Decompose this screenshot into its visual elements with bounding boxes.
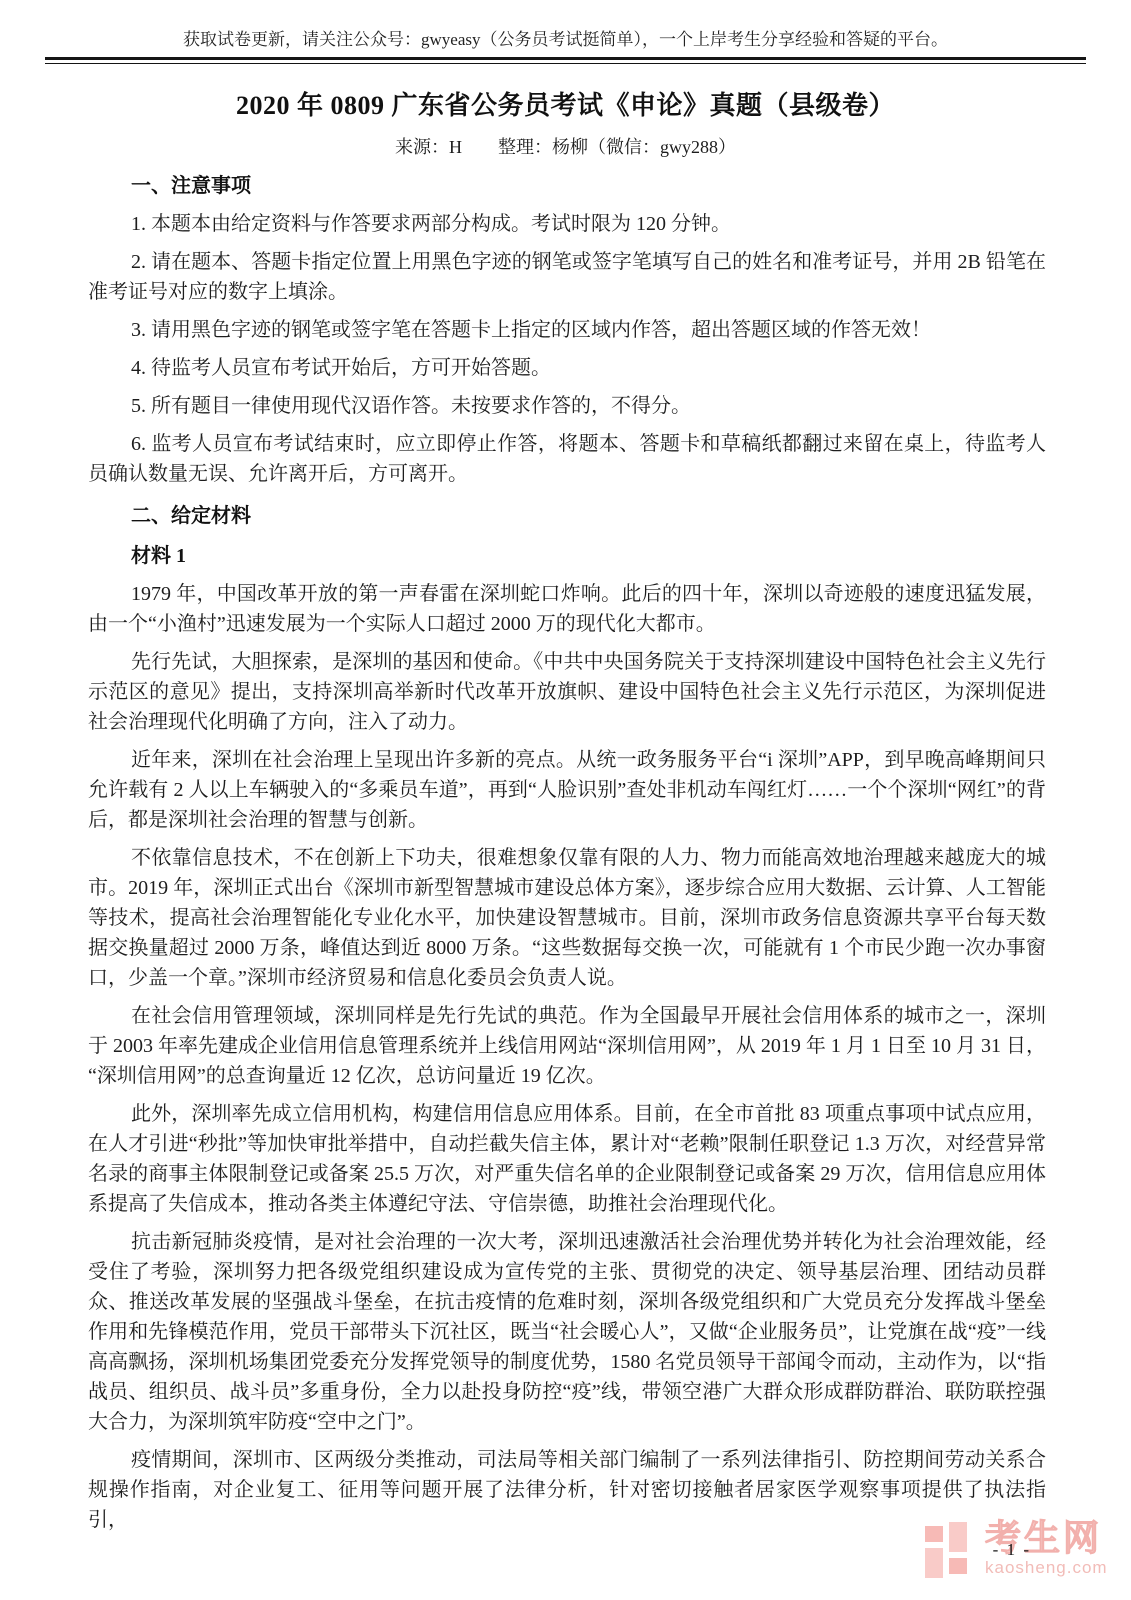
logo-block [949,1558,967,1574]
header-notice: 获取试卷更新，请关注公众号：gwyeasy（公务员考试挺简单），一个上岸考生分享… [0,0,1131,50]
document-page: 获取试卷更新，请关注公众号：gwyeasy（公务员考试挺简单），一个上岸考生分享… [0,0,1131,1535]
material-paragraph-2: 先行先试，大胆探索，是深圳的基因和使命。《中共中央国务院关于支持深圳建设中国特色… [88,647,1046,737]
section-heading-materials: 二、给定材料 [88,501,1046,531]
notice-item-6: 6. 监考人员宣布考试结束时，应立即停止作答，将题本、答题卡和草稿纸都翻过来留在… [88,429,1046,489]
kaosheng-logo-icon [925,1522,977,1582]
notice-item-4: 4. 待监考人员宣布考试开始后，方可开始答题。 [88,353,1046,383]
source-line: 来源：H 整理：杨柳（微信：gwy288） [0,135,1131,159]
header-divider [45,57,1086,64]
material-paragraph-7: 抗击新冠肺炎疫情，是对社会治理的一次大考，深圳迅速激活社会治理优势并转化为社会治… [88,1227,1046,1437]
material-paragraph-6: 此外，深圳率先成立信用机构，构建信用信息应用体系。目前，在全市首批 83 项重点… [88,1099,1046,1219]
material-paragraph-1: 1979 年，中国改革开放的第一声春雷在深圳蛇口炸响。此后的四十年，深圳以奇迹般… [88,579,1046,639]
page-title: 2020 年 0809 广东省公务员考试《申论》真题（县级卷） [0,89,1131,123]
notice-item-5: 5. 所有题目一律使用现代汉语作答。未按要求作答的，不得分。 [88,391,1046,421]
section-heading-notice: 一、注意事项 [88,171,1046,201]
material-paragraph-5: 在社会信用管理领域，深圳同样是先行先试的典范。作为全国最早开展社会信用体系的城市… [88,1001,1046,1091]
notice-item-2: 2. 请在题本、答题卡指定位置上用黑色字迹的钢笔或签字笔填写自己的姓名和准考证号… [88,247,1046,307]
logo-block [949,1522,967,1552]
material-paragraph-3: 近年来，深圳在社会治理上呈现出许多新的亮点。从统一政务服务平台“i 深圳”APP… [88,745,1046,835]
notice-item-3: 3. 请用黑色字迹的钢笔或签字笔在答题卡上指定的区域内作答，超出答题区域的作答无… [88,315,1046,345]
logo-block [925,1526,943,1542]
notice-item-1: 1. 本题本由给定资料与作答要求两部分构成。考试时限为 120 分钟。 [88,209,1046,239]
watermark-domain-label: kaosheng.com [985,1558,1108,1578]
logo-block [925,1548,943,1578]
page-number: - 1 - [993,1540,1031,1560]
material-subheading: 材料 1 [88,541,1046,571]
material-paragraph-4: 不依靠信息技术，不在创新上下功夫，很难想象仅靠有限的人力、物力而能高效地治理越来… [88,843,1046,993]
material-paragraph-8: 疫情期间，深圳市、区两级分类推动，司法局等相关部门编制了一系列法律指引、防控期间… [88,1445,1046,1535]
document-body: 一、注意事项 1. 本题本由给定资料与作答要求两部分构成。考试时限为 120 分… [88,171,1046,1535]
